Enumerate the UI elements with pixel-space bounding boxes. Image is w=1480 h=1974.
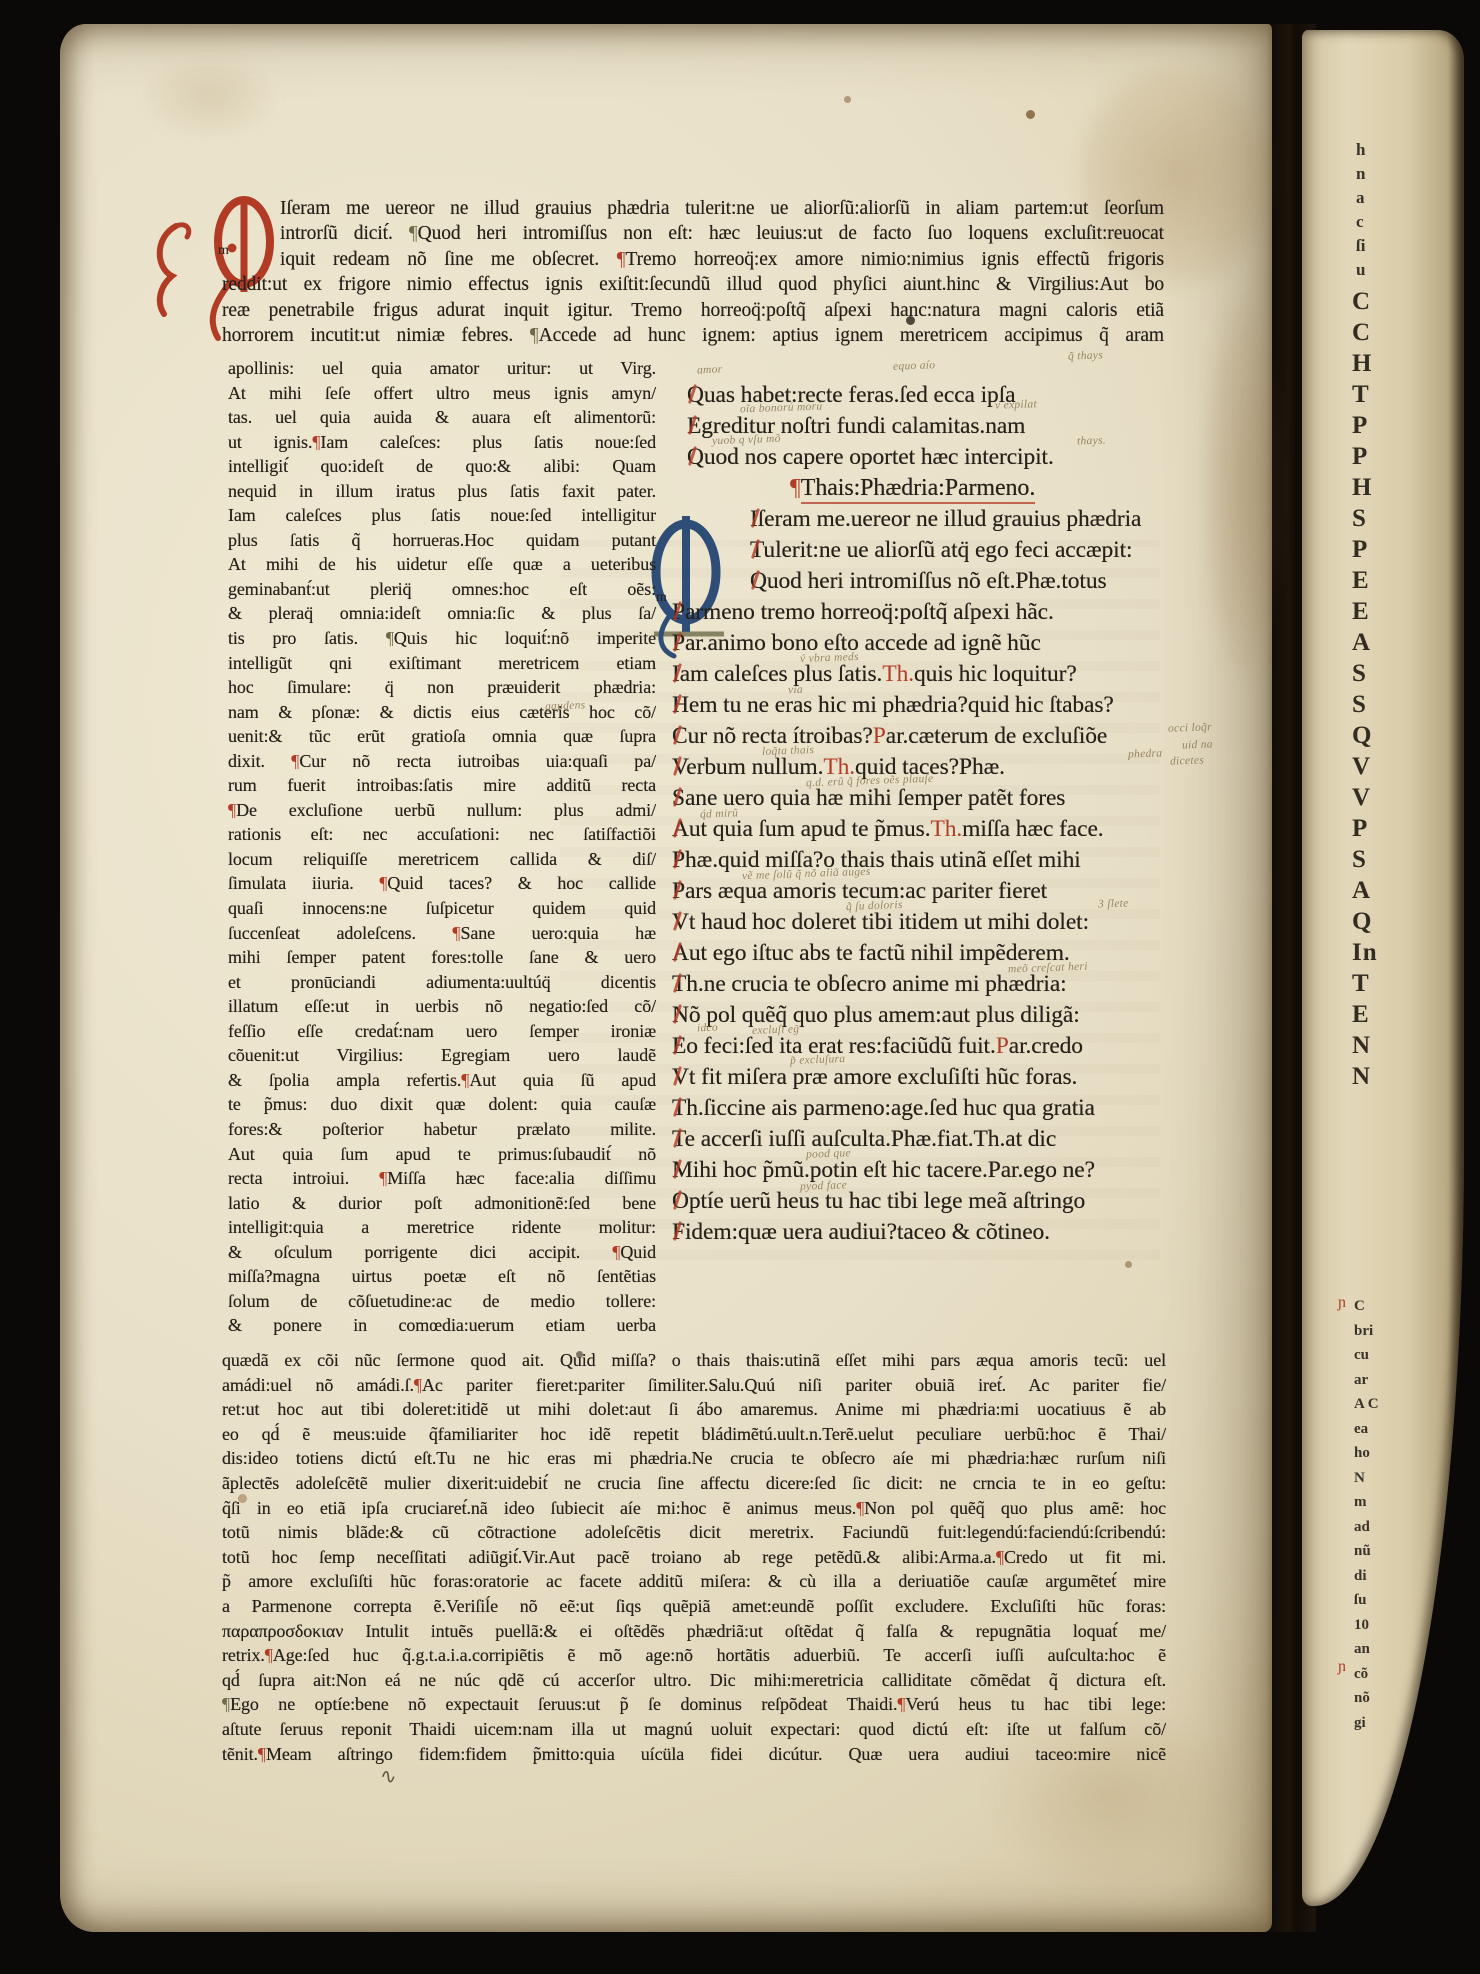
fore-edge-letter: C [1352,319,1371,347]
text-line: uenit:& tũc erũt gratioſa omnia quæ ſupr… [228,724,656,749]
text-segment: & ſpolia ampla refertis. [228,1070,461,1090]
text-segment: feſſio eſſe credat́:nam uero ſemper iron… [228,1021,656,1041]
handwritten-annotation: loq̃ta thais [762,744,815,758]
text-segment: Quid taces? & hoc callide [387,873,656,893]
paragraph-mark: Th. [930,816,962,842]
text-segment: Meam aſtringo fidem:fidem p̃mitto:quia u… [266,1744,1166,1764]
fore-edge-letter: nõ [1354,1690,1370,1707]
text-segment: mihi ſemper patent fores:tolle ſane & ue… [228,947,656,967]
text-segment: locum reliquiſſe meretricem callida & di… [228,849,656,869]
fore-edge-letter: P [1352,536,1368,564]
handwritten-annotation: gaudens [545,699,586,712]
handwritten-annotation: occi loq̃r [1168,721,1212,735]
fore-edge-letter: bri [1354,1323,1373,1340]
fore-edge-letter: S [1352,846,1367,874]
text-line: Eo feci:ſed ita erat res:faciũdũ fuit.Pa… [672,1031,1164,1062]
text-line: totũ nimis blãde:& cũ cõtractione adoleſ… [222,1520,1166,1545]
text-segment: Parmeno tremo horreoq̈:poſtq̃ aſpexi hãc… [672,599,1054,625]
handwritten-annotation: dicetes [1170,754,1204,767]
text-segment: Thais:Phædria:Parmeno. [801,475,1035,504]
text-line: Par.animo bono eſto accede ad ignẽ hũc [672,628,1164,659]
paragraph-mark: ¶ [409,223,418,244]
paragraph-mark: ¶ [222,1694,230,1714]
handwritten-annotation: yuob q vſu mõ [712,433,781,447]
text-line: dixit. ¶Cur nõ recta iutroibas uia:quaſi… [228,749,656,774]
text-segment: dis:ideo totiens dictú eſt.Tu ne hic era… [222,1448,1166,1468]
text-line: qd́ ſupra ait:Non eá ne núc qdẽ cú accer… [222,1668,1166,1693]
pen-trial-squiggle: ∿ [378,1763,398,1790]
paragraph-mark: ¶ [790,475,801,501]
paragraph-mark: Th. [882,661,914,687]
text-line: locum reliquiſſe meretricem callida & di… [228,847,656,872]
paragraph-mark: ¶ [414,1375,422,1395]
text-line: quaſi innocens:ne ſuſpicetur quidem quid [228,896,656,921]
text-segment: Ego ne optíe:bene nõ expectauit ſeruus:u… [230,1694,897,1714]
fore-edge-letter: ea [1354,1421,1368,1438]
facing-page-edge [1302,30,1464,1906]
fore-edge-letter: S [1352,505,1367,533]
text-line: At mihi de his uidetur eſſe quæ a ueteri… [228,552,656,577]
text-line: Iam caleſces plus ſatis.Th.quis hic loqu… [672,659,1164,690]
text-segment: introrſũ dicit́. [280,223,409,244]
paragraph-mark: ¶ [258,1744,266,1764]
text-segment: Credo ut fit mi. [1004,1547,1166,1567]
handwritten-annotation: q̃ thays [1068,349,1103,362]
text-line: retrix.¶Age:ſed huc q̃.g.t.a.i.a.corripi… [222,1643,1166,1668]
text-segment: Th.ſiccine ais parmeno:age.ſed huc qua g… [672,1095,1095,1121]
terence-verse-column: Quas habet:recte feras.ſed ecca ipſaEgre… [672,380,1164,1248]
fore-edge-letter: h [1356,140,1365,160]
text-segment: Mihi hoc p̃mũ.potin eſt hic tacere.Par.e… [672,1157,1095,1183]
text-segment: Quis hic loquit́:nõ imperite [394,628,656,648]
fore-edge-letter: an [1354,1641,1370,1658]
fore-edge-letter: H [1352,350,1372,378]
fore-edge-letter: ſi [1356,236,1365,256]
handwritten-annotation: pyod face [800,1179,847,1193]
text-line: Te accerſi iuſſi auſculta.Phæ.fiat.Th.at… [672,1124,1164,1155]
commentary-bottom-block: quædã ex cõi nũc ſermone quod ait. Quid … [222,1348,1166,1766]
text-line: Fidem:quæ uera audiui?taceo & cõtineo. [672,1217,1164,1248]
text-line: παραπροσδοκιαν Intulit intuẽs puellã:& e… [222,1619,1166,1644]
text-segment: ut ignis. [228,432,312,452]
paragraph-mark: ¶ [530,325,539,346]
paragraph-mark: ¶ [265,1645,273,1665]
text-segment: et pronūciandi adiumenta:uultúq̈ dicenti… [228,972,656,992]
text-segment: παραπροσδοκιαν Intulit intuẽs puellã:& e… [222,1621,1166,1641]
text-segment: rationis eſt: nec accuſationi: nec ſatiſ… [228,824,656,844]
text-segment: recta introiui. [228,1168,379,1188]
text-segment: miſſa hæc face. [962,816,1103,842]
text-line: reæ penetrabile frigus adurat inquit igi… [222,298,1164,323]
text-segment: intelligit́ quo:ideſt de quo:& alibi: Qu… [228,456,656,476]
text-segment: quaſi innocens:ne ſuſpicetur quidem quid [228,898,656,918]
text-line: nam & pſonæ: & dictis eius cæteris hoc c… [228,700,656,725]
text-segment: ret:ut hoc aut tibi doleret:itidẽ ut mih… [222,1399,1166,1419]
text-line: ſuccenſeat adoleſcens. ¶Sane uero:quia h… [228,921,656,946]
text-segment: & oſculum porrigente dici accipit. [228,1242,612,1262]
text-segment: Non pol quẽq̃ quo plus amẽ: hoc [864,1498,1166,1518]
text-line: eo qd́ ẽ meus:uide q̃familiariter hoc id… [222,1422,1166,1447]
text-line: iquit redeam nõ ſine me obſecret. ¶Tremo… [222,247,1164,272]
fore-edge-letter: C [1352,288,1371,316]
text-segment: nequid in illum iratus plus ſatis faxit … [228,481,656,501]
margin-flourish-icon [146,220,190,320]
handwritten-annotation: v́ vbra meds [800,651,859,665]
text-segment: Tulerit:ne ue aliorſũ atq̈ ego feci accæ… [750,537,1132,563]
fore-edge-letter: gi [1354,1715,1366,1732]
text-line: Iſeram me uereor ne illud grauius phædri… [222,196,1164,221]
fore-edge-letter: N [1354,1470,1365,1487]
handwritten-annotation: idco [697,1022,718,1035]
text-segment: q̃ſi in eo etiã ipſa cruciaret́.nã ideo … [222,1498,856,1518]
fore-edge-letter: In [1352,939,1378,967]
text-line: ¶De excluſione uerbũ nullum: plus admi/ [228,798,656,823]
text-segment: Iam caleſces: plus ſatis noue:ſed [320,432,656,452]
fore-edge-letter: c [1356,212,1364,232]
fore-edge-letter: N [1352,1063,1371,1091]
text-segment: Iam caleſces plus ſatis. [672,661,882,687]
text-segment: Sane uero:quia hæ [460,923,656,943]
text-line: intelligit:quia a meretrice ridente moli… [228,1215,656,1240]
commentary-left-column: apollinis: uel quia amator uritur: ut Vi… [228,356,656,1338]
text-segment: fores:& poſterior habetur prælato milite… [228,1119,656,1139]
text-line: tẽnit.¶Meam aſtringo fidem:fidem p̃mitto… [222,1742,1166,1767]
text-line: Vt fit miſera præ amore excluſiſti hũc f… [672,1062,1164,1093]
handwritten-annotation: thays. [1077,434,1106,447]
text-segment: cõuenit:ut Virgilius: Egregiam uero laud… [228,1045,656,1065]
text-segment: Verbum nullum. [672,754,823,780]
text-line: Cur nõ recta ítroibas?Par.cæterum de exc… [672,721,1164,752]
text-line: Aut quia ſum apud te primus:ſubaudit́ nõ [228,1142,656,1167]
text-segment: At mihi ſeſe offert ultro meus ignis amy… [228,383,656,403]
paragraph-mark: ¶ [228,800,236,820]
text-line: & ſpolia ampla refertis.¶Aut quia ſũ apu… [228,1068,656,1093]
text-segment: Aut quia ſum apud te primus:ſubaudit́ nõ [228,1144,656,1164]
fore-edge-letter: a [1356,188,1365,208]
text-line: Aut ego iſtuc abs te factũ nihil impẽder… [672,938,1164,969]
text-line: tas. uel quia auida & auara eſt alimento… [228,405,656,430]
text-segment: totũ hoc ſemp neceſſitati adiũgit́.Vir.A… [222,1547,996,1567]
fore-edge-letter: m [1354,1494,1367,1511]
text-segment: tẽnit. [222,1744,258,1764]
text-segment: nam & pſonæ: & dictis eius cæteris hoc c… [228,702,656,722]
text-segment: Aut ego iſtuc abs te factũ nihil impẽder… [672,940,1070,966]
handwritten-annotation: q̃ ſu doloris [846,899,903,913]
text-segment: quis hic loquitur? [914,661,1077,687]
fore-edge-rubric-mark: ɲ [1338,1294,1346,1312]
text-line: Tulerit:ne ue aliorſũ atq̈ ego feci accæ… [672,535,1164,566]
text-line: te p̃mus: duo dixit quæ dolent: quia cau… [228,1092,656,1117]
text-line: Vt haud hoc doleret tibi itidem ut mihi … [672,907,1164,938]
text-segment: Vt haud hoc doleret tibi itidem ut mihi … [672,909,1089,935]
text-segment: ãplectẽs adoleſcẽtẽ mulier dixerit:uideb… [222,1473,1166,1493]
text-line: aſtute ſeruus reponit Thaidi uicem:nam i… [222,1717,1166,1742]
text-segment: De excluſione uerbũ nullum: plus admi/ [236,800,656,820]
fore-edge-letter: P [1352,443,1368,471]
fore-edge-letter: ſu [1354,1592,1367,1609]
text-line: tis pro ſatis. ¶Quis hic loquit́:nõ impe… [228,626,656,651]
text-segment: Quid [620,1242,656,1262]
fore-edge-letter: T [1352,381,1370,409]
fore-edge-letter: 10 [1354,1617,1369,1634]
text-line: cõuenit:ut Virgilius: Egregiam uero laud… [228,1043,656,1068]
text-line: Parmeno tremo horreoq̈:poſtq̃ aſpexi hãc… [672,597,1164,628]
text-line: a Parmenone correpta ẽ.Veriſiĺe nõ eẽ:ut… [222,1594,1166,1619]
text-line: mihi ſemper patent fores:tolle ſane & ue… [228,945,656,970]
text-segment: & ponere in comœdia:uerum etiam uerba [228,1315,656,1335]
handwritten-annotation: p̃ excluſura [790,1053,846,1067]
text-line: ¶Thais:Phædria:Parmeno. [672,473,1164,504]
fore-edge-letter: V [1352,753,1371,781]
text-line: amádi:uel nõ amádi.ſ.¶Ac pariter fieret:… [222,1373,1166,1398]
text-segment: eo qd́ ẽ meus:uide q̃familiariter hoc id… [222,1424,1166,1444]
text-line: q̃ſi in eo etiã ipſa cruciaret́.nã ideo … [222,1496,1166,1521]
text-segment: p̃ amore excluſiſti hũc foras:oratorie a… [222,1571,1166,1591]
text-segment: reddit:ut ex frigore nimio effectus igni… [222,274,1164,295]
text-segment: ar.credo [1009,1033,1083,1059]
ink-speck [0,0,5,5]
text-segment: Quod heri intromiſſus nõ eſt.Phæ.totus [750,568,1107,594]
text-segment: iquit redeam nõ ſine me obſecret. [280,249,617,270]
text-line: reddit:ut ex frigore nimio effectus igni… [222,272,1164,297]
text-segment: Iſeram me uereor ne illud grauius phædri… [280,198,1164,219]
text-line: Iſeram me.uereor ne illud grauius phædri… [672,504,1164,535]
text-line: At mihi ſeſe offert ultro meus ignis amy… [228,381,656,406]
text-segment: Hem tu ne eras hic mi phædria?quid hic ſ… [672,692,1114,718]
text-segment: miſſa?magna uirtus poetæ eſt nõ ſentẽtia… [228,1266,656,1286]
text-line: Quod heri intromiſſus nõ eſt.Phæ.totus [672,566,1164,597]
fore-edge-letter: V [1352,784,1371,812]
handwritten-annotation: excluſi eḡ [752,1023,800,1037]
fore-edge-letter: H [1352,474,1372,502]
fore-edge-letter: P [1352,815,1368,843]
text-line: ſolum de cõſuetudine:ac de medio tollere… [228,1289,656,1314]
text-segment: a Parmenone correpta ẽ.Veriſiĺe nõ eẽ:ut… [222,1596,1166,1616]
fore-edge-letter: E [1352,598,1370,626]
fore-edge-rubric-mark: ɲ [1338,1658,1346,1676]
commentary-top-block: Iſeram me uereor ne illud grauius phædri… [222,196,1164,348]
handwritten-annotation: via [788,684,803,697]
fore-edge-letter: E [1352,567,1370,595]
text-line: miſſa?magna uirtus poetæ eſt nõ ſentẽtia… [228,1264,656,1289]
fore-edge-letter: nũ [1354,1543,1371,1560]
text-line: p̃ amore excluſiſti hũc foras:oratorie a… [222,1569,1166,1594]
handwritten-annotation: phedra [1128,747,1163,760]
text-segment: Cur nõ recta iutroibas uia:quaſi pa/ [299,751,656,771]
fore-edge-letter: P [1352,412,1368,440]
text-line: geminabant́:ut pleriq̈ omnes:hoc eſt oẽs… [228,577,656,602]
text-line: Nõ pol quẽq̃ quo plus amem:aut plus dili… [672,1000,1164,1031]
text-line: ut ignis.¶Iam caleſces: plus ſatis noue:… [228,430,656,455]
text-line: latio & durior poſt admonitionẽ:ſed bene [228,1191,656,1216]
text-line: ¶Ego ne optíe:bene nõ expectauit ſeruus:… [222,1692,1166,1717]
fore-edge-letter: di [1354,1568,1367,1585]
text-segment: Age:ſed huc q̃.g.t.a.i.a.corripiẽtis ẽ m… [273,1645,1166,1665]
fore-edge-letter: ar [1354,1372,1368,1389]
paragraph-mark: ¶ [386,628,394,648]
fore-edge-letter: u [1356,260,1365,280]
handwritten-annotation: amor [697,364,723,377]
fore-edge-letter: S [1352,691,1367,719]
fore-edge-letter: A [1352,877,1371,905]
text-segment: Fidem:quæ uera audiui?taceo & cõtineo. [672,1219,1050,1245]
text-segment: Optíe uerũ heus tu hac tibi lege meã aſt… [672,1188,1085,1214]
fore-edge-letter: cu [1354,1347,1369,1364]
text-line: illatum eſſe:ut in uerbis nõ negatio:ſed… [228,994,656,1019]
text-segment: reæ penetrabile frigus adurat inquit igi… [222,300,1164,321]
text-segment: Quas habet:recte feras.ſed ecca ipſa [687,382,1015,408]
text-line: totũ hoc ſemp neceſſitati adiũgit́.Vir.A… [222,1545,1166,1570]
text-segment: hoc ſimulare: q̈ non præuiderit phædria: [228,677,656,697]
text-segment: te p̃mus: duo dixit quæ dolent: quia cau… [228,1094,656,1114]
text-segment: dixit. [228,751,291,771]
text-line: & ponere in comœdia:uerum etiam uerba [228,1313,656,1338]
text-line: Iam caleſces plus ſatis noue:ſed intelli… [228,503,656,528]
text-segment: Vt fit miſera præ amore excluſiſti hũc f… [672,1064,1077,1090]
text-segment: Quod nos capere oportet hæc intercipit. [687,444,1054,470]
text-line: intelligit́ quo:ideſt de quo:& alibi: Qu… [228,454,656,479]
text-segment: tas. uel quia auida & auara eſt alimento… [228,407,656,427]
text-line: Optíe uerũ heus tu hac tibi lege meã aſt… [672,1186,1164,1217]
text-line: rum fuerit introibas:ſatis mire additũ r… [228,773,656,798]
text-segment: Miſſa hæc face:alia diſſimu [387,1168,656,1188]
text-segment: ſolum de cõſuetudine:ac de medio tollere… [228,1291,656,1311]
fore-edge-letter: A [1352,629,1371,657]
text-segment: latio & durior poſt admonitionẽ:ſed bene [228,1193,656,1213]
text-segment: Verú heus tu hac tibi lege: [905,1694,1166,1714]
paragraph-mark: P [873,723,886,749]
text-segment: Ac pariter fieret:pariter ſimiliter.Salu… [422,1375,1166,1395]
text-line: feſſio eſſe credat́:nam uero ſemper iron… [228,1019,656,1044]
fore-edge-letter: n [1356,164,1365,184]
text-segment: Te accerſi iuſſi auſculta.Phæ.fiat.Th.at… [672,1126,1056,1152]
text-segment: uenit:& tũc erũt gratioſa omnia quæ ſupr… [228,726,656,746]
handwritten-annotation: pood que [806,1147,851,1161]
text-segment: totũ nimis blãde:& cũ cõtractione adoleſ… [222,1522,1166,1542]
text-line: & pleraq̈ omnia:ideſt omnia:ſic & plus ſ… [228,601,656,626]
text-segment: retrix. [222,1645,265,1665]
text-line: Th.ne crucia te obſecro anime mi phædria… [672,969,1164,1000]
text-segment: Iam caleſces plus ſatis noue:ſed intelli… [228,505,656,525]
text-line: nequid in illum iratus plus ſatis faxit … [228,479,656,504]
text-line: recta introiui. ¶Miſſa hæc face:alia diſ… [228,1166,656,1191]
text-segment: At mihi de his uidetur eſſe quæ a ueteri… [228,554,656,574]
text-line: ſimulata iiuria. ¶Quid taces? & hoc call… [228,871,656,896]
fore-edge-letter: E [1352,1001,1370,1029]
fore-edge-letter: cõ [1354,1666,1368,1683]
text-segment: intelligit:quia a meretrice ridente moli… [228,1217,656,1237]
text-segment: plus ſatis q̃ horrueras.Hoc quidam putan… [228,530,656,550]
text-line: rationis eſt: nec accuſationi: nec ſatiſ… [228,822,656,847]
text-segment: Phæ.quid miſſa?o thais thais utinã eſſet… [672,847,1081,873]
text-segment: aſtute ſeruus reponit Thaidi uicem:nam i… [222,1719,1166,1739]
text-segment: qd́ ſupra ait:Non eá ne núc qdẽ cú accer… [222,1670,1166,1690]
book-photo: m m Iſeram me uereor ne illud grauius ph… [0,0,1480,1974]
text-line: Hem tu ne eras hic mi phædria?quid hic ſ… [672,690,1164,721]
text-segment: ſimulata iiuria. [228,873,379,893]
text-line: plus ſatis q̃ horrueras.Hoc quidam putan… [228,528,656,553]
text-segment: amádi:uel nõ amádi.ſ. [222,1375,414,1395]
text-line: apollinis: uel quia amator uritur: ut Vi… [228,356,656,381]
text-line: Aut quia ſum apud te p̃mus.Th.miſſa hæc … [672,814,1164,845]
fore-edge-letter: A C [1354,1396,1379,1413]
handwritten-annotation: v expilat [995,398,1037,411]
text-line: intelligũt qni exiſtimant meretricem eti… [228,651,656,676]
text-line: quædã ex cõi nũc ſermone quod ait. Quid … [222,1348,1166,1373]
text-line: Mihi hoc p̃mũ.potin eſt hic tacere.Par.e… [672,1155,1164,1186]
handwritten-annotation: q́d mirũ [700,807,739,820]
text-segment: intelligũt qni exiſtimant meretricem eti… [228,653,656,673]
text-line: Th.ſiccine ais parmeno:age.ſed huc qua g… [672,1093,1164,1124]
text-segment: Quod heri intromiſſus non eſt: hæc leuiu… [418,223,1164,244]
text-line: dis:ideo totiens dictú eſt.Tu ne hic era… [222,1446,1166,1471]
text-segment: Accede ad hunc ignem: aptius ignem meret… [539,325,1164,346]
paragraph-mark: ¶ [996,1547,1004,1567]
text-segment: geminabant́:ut pleriq̈ omnes:hoc eſt oẽs… [228,579,656,599]
text-line: horrorem incutit:ut nimiæ febres. ¶Acced… [222,323,1164,348]
text-segment: Tremo horreoq̈:ex amore nimio:nimius ign… [625,249,1164,270]
text-line: ret:ut hoc aut tibi doleret:itidẽ ut mih… [222,1397,1166,1422]
fore-edge-letter: ad [1354,1519,1370,1536]
text-segment: Nõ pol quẽq̃ quo plus amem:aut plus dili… [672,1002,1080,1028]
text-line: hoc ſimulare: q̈ non præuiderit phædria: [228,675,656,700]
fore-edge-letter: N [1352,1032,1371,1060]
text-segment: Iſeram me.uereor ne illud grauius phædri… [750,506,1141,532]
paragraph-mark: P [996,1033,1009,1059]
fore-edge-letter: Q [1352,908,1372,936]
text-segment: Aut quia ſũ apud [469,1070,656,1090]
fore-edge-letter: ho [1354,1445,1370,1462]
text-segment: rum fuerit introibas:ſatis mire additũ r… [228,775,656,795]
fore-edge-letter: Q [1352,722,1372,750]
text-line: introrſũ dicit́. ¶Quod heri intromiſſus … [222,221,1164,246]
text-line: & oſculum porrigente dici accipit. ¶Quid [228,1240,656,1265]
text-segment: & pleraq̈ omnia:ideſt omnia:ſic & plus ſ… [228,603,656,623]
handwritten-annotation: 3 ſlete [1098,897,1129,910]
handwritten-annotation: uid na [1182,738,1213,751]
text-line: Sane uero quia hæ mihi ſemper patẽt fore… [672,783,1164,814]
text-segment: horrorem incutit:ut nimiæ febres. [222,325,530,346]
text-line: ãplectẽs adoleſcẽtẽ mulier dixerit:uideb… [222,1471,1166,1496]
fore-edge-letter: S [1352,660,1367,688]
text-segment: tis pro ſatis. [228,628,386,648]
text-segment: ar.cæterum de excluſiõe [886,723,1108,749]
handwritten-annotation: equo aío [893,359,936,372]
text-line: et pronūciandi adiumenta:uultúq̈ dicenti… [228,970,656,995]
guide-letter: m [656,590,667,606]
text-segment: ſuccenſeat adoleſcens. [228,923,452,943]
text-segment: illatum eſſe:ut in uerbis nõ negatio:ſed… [228,996,656,1016]
text-segment: apollinis: uel quia amator uritur: ut Vi… [228,358,656,378]
text-segment: quædã ex cõi nũc ſermone quod ait. Quid … [222,1350,1166,1370]
fore-edge-letter: T [1352,970,1370,998]
fore-edge-letter: C [1354,1298,1365,1315]
text-line: fores:& poſterior habetur prælato milite… [228,1117,656,1142]
